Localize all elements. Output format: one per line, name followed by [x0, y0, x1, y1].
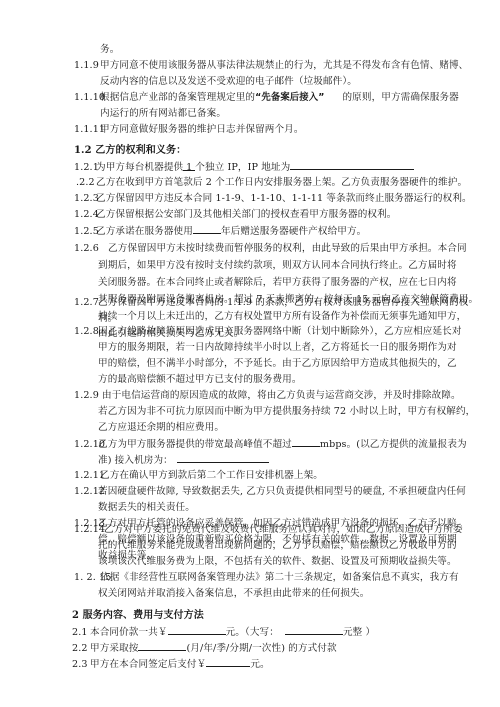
clause-text: 内运行的所有网站都已备案。 [100, 108, 226, 119]
clause-2-3: 2.3甲方在本合同签定后支付￥元。 [72, 657, 270, 671]
emphasized-term: “先备案后接入” [255, 92, 324, 103]
payment-method-blank [138, 641, 186, 651]
clause-1-2-9: 1.2.9由于电信运营商的原因造成的故障，将由乙方负责与运营商交涉，并及时排除故… [74, 389, 461, 402]
clause-1-2-10-line2: 准) 接入机房为： [98, 453, 269, 467]
clause-1-1-9-line2: 反动内容的信息以及发送不受欢迎的电子邮件（垃圾邮件）。 [100, 75, 357, 88]
clause-1-1-10: 1.1.10根据信息产业部的备案管理规定里的“先备案后接入”的原则，甲方需确保服… [74, 91, 459, 104]
clause-text: 乙方保留因甲方违反本合同 1-1-9、1-1-10、1-1-11 等条款而终止服… [96, 193, 472, 204]
clause-text: 的原则，甲方需确保服务器 [342, 92, 458, 103]
clause-text: 乙方在确认甲方到款后第二个工作日安排机器上架。 [100, 470, 323, 481]
clause-text: 关闭服务器。在本合同终止或者解除后，若甲方获得了服务器的产权，应在七日内将 [98, 276, 457, 289]
clause-text: 甲方同意不使用该服务器从事法律法规禁止的行为，尤其是不得发布含有色情、赌博、 [100, 60, 468, 71]
clause-number: 1.2.5 [74, 225, 96, 238]
clause-1-2-1: 1.2.1为甲方每台机器提供1个独立 IP，IP 地址为 [74, 160, 414, 174]
clause-text: (月/年/季/分期/一次性) 的方式付款 [186, 643, 336, 654]
clause-text: 若因硬盘硬件故障, 导致数据丢失, 乙方只负责提供相同型号的硬盘, 不承担硬盘内… [98, 486, 466, 497]
clause-text: 乙方保留根据公安部门及其他相关部门的授权查看甲方服务器的权利。 [96, 209, 397, 220]
clause-text: 乙方为甲方服务器提供的带宽最高峰值不超过 [98, 439, 292, 450]
clause-text: 根据信息产业部的备案管理规定里的 [100, 92, 255, 103]
clause-number: 1.2.7 [74, 296, 98, 309]
clause-number: 2.3 [72, 658, 90, 671]
clause-text: 乙方应退还余期的相应费用。 [98, 421, 224, 434]
clause-number: 1.2.14 [74, 523, 104, 536]
clause-text: 乙方在收到甲方首笔款后 2 个工作日内安排服务器上架。乙方负责服务器硬件的维护。 [96, 177, 467, 188]
clause-number: 1.1.11 [74, 123, 100, 136]
clause-text: 甲方在本合同签定后支付￥ [90, 659, 206, 670]
clause-1-1-9: 1.1.9甲方同意不使用该服务器从事法律法规禁止的行为，尤其是不得发布含有色情、… [74, 59, 468, 72]
clause-number: 1.1.9 [74, 59, 100, 72]
total-price-uppercase-blank [285, 625, 343, 635]
clause-text: 甲的赔偿，但不满半小时部分，不予延长。由于乙方原因给甲方造成其他损失的，乙 [98, 357, 457, 370]
bandwidth-blank [292, 437, 320, 447]
clause-1-2-11: 1.2.11乙方在确认甲方到款后第二个工作日安排机器上架。 [74, 469, 323, 482]
total-price-blank [168, 625, 226, 635]
section-heading-2: 2 服务内容、费用与支付方法 [72, 609, 204, 622]
clause-text: 托的代维服务未能完成或者出现新问题的，乙方予以赔偿，赔偿额以乙方收取甲方的 [98, 539, 457, 552]
clause-number: 1.2.3 [74, 192, 96, 205]
clause-1-2-10: 1.2.10乙方为甲方服务器提供的带宽最高峰值不超过mbps。(以乙方提供的流量… [74, 437, 467, 451]
clause-number: 1. 2. 15 [74, 571, 100, 584]
years-blank [193, 224, 221, 234]
clause-text: 权关闭网站并取消接入备案信息，不承担由此带来的任何损失。 [98, 587, 369, 600]
clause-1-2-2: .2.2乙方在收到甲方首笔款后 2 个工作日内安排服务器上架。乙方负责服务器硬件… [76, 176, 467, 189]
clause-text: 乙方对甲方委托的免费代维及收费代维服务应认真对待，如因乙方原因造成甲方所委 [104, 524, 463, 535]
clause-text: 乙方保留因甲方违反本合同的 1.1.9 的条款，乙方有权对该服务器暂停接入互联网… [98, 297, 469, 308]
clause-text: 依据《非经营性互联网备案管理办法》第二十三条规定，如备案信息不真实，我方有 [100, 572, 459, 583]
clause-text: 本合同价款一共￥ [90, 627, 168, 638]
clause-text: 为甲方每台机器提供 [96, 162, 183, 173]
clause-number: 1.2.8 [74, 325, 98, 338]
clause-1-2-6: 1.2.6乙方保留因甲方未按时续费而暂停服务的权利，由此导致的后果由甲方承担。本… [74, 242, 467, 255]
clause-number: 1.2.11 [74, 469, 100, 482]
clause-text: 利。 [98, 312, 117, 325]
clause-text: 乙方承诺在服务器使用 [96, 226, 193, 237]
clause-number: 1.2.9 [74, 389, 102, 402]
clause-text: 数据丢失的相关责任。 [98, 501, 195, 514]
clause-2-2: 2.2甲方采取按(月/年/季/分期/一次性) 的方式付款 [72, 641, 337, 655]
text: 务。 [100, 44, 119, 55]
section-heading-1-2: 1.2 乙方的权利和义务： [74, 144, 186, 157]
clause-number: 1.2.10 [74, 438, 98, 451]
datacenter-blank [177, 453, 269, 463]
clause-number: 2.1 [72, 626, 90, 639]
clause-text: 持续一个月以上未迁出的，乙方有权处置甲方所有设备作为补偿而无须事先通知甲方， [98, 310, 466, 323]
clause-1-2-12: 1.2.12若因硬盘硬件故障, 导致数据丢失, 乙方只负责提供相同型号的硬盘, … [74, 485, 466, 498]
ip-count-blank: 1 [183, 161, 195, 171]
document-page: 务。 1.1.9甲方同意不使用该服务器从事法律法规禁止的行为，尤其是不得发布含有… [0, 0, 500, 707]
clause-1-1-10-line2: 内运行的所有网站都已备案。 [100, 107, 226, 120]
clause-1-2-7: 1.2.7乙方保留因甲方违反本合同的 1.1.9 的条款，乙方有权对该服务器暂停… [74, 296, 469, 309]
clause-1-1-11: 1.1.11甲方同意做好服务器的维护日志并保留两个月。 [74, 123, 304, 136]
clause-text: 乙方保留因甲方未按时续费而暂停服务的权利，由此导致的后果由甲方承担。本合同 [108, 243, 467, 254]
clause-text: 元整 ） [343, 627, 375, 638]
clause-1-2-5: 1.2.5乙方承诺在服务器使用年后赠送服务器硬件产权给甲方。 [74, 224, 366, 238]
clause-number: 2.2 [72, 642, 90, 655]
clause-1-2-15: 1. 2. 15依据《非经营性互联网备案管理办法》第二十三条规定，如备案信息不真… [74, 571, 459, 584]
down-payment-blank [206, 657, 250, 667]
clause-text: 甲方同意做好服务器的维护日志并保留两个月。 [100, 124, 304, 135]
clause-2-1: 2.1本合同价款一共￥元。（大写：元整 ） [72, 625, 375, 639]
clause-text: 方的最高赔偿额不超过甲方已支付的服务费用。 [98, 373, 302, 386]
ip-address-blank [290, 160, 414, 170]
clause-text: 甲方的服务期限，若一日内故障持续半小时以上者，乙方将延长一日的服务期作为对 [98, 341, 457, 354]
paragraph-continuation: 务。 [100, 43, 119, 56]
clause-text: 到期后，如果甲方没有按时支付续约款项，则双方认同本合同执行终止。乙方届时将 [98, 259, 457, 272]
clause-text: 元。（大写： [226, 627, 279, 638]
clause-text: 该项该次代维服务费为上限，不包括有关的软件、数据、设置及可预期收益损失等。 [98, 555, 457, 568]
clause-text: mbps。(以乙方提供的流量报表为 [320, 439, 467, 450]
clause-text: 由于电信运营商的原因造成的故障，将由乙方负责与运营商交涉，并及时排除故障。 [102, 390, 461, 401]
clause-number: .2.2 [76, 176, 96, 189]
clause-text: 年后赠送服务器硬件产权给甲方。 [221, 226, 366, 237]
clause-text: 准) 接入机房为： [98, 455, 173, 466]
clause-number: 1.2.6 [74, 242, 108, 255]
clause-number: 1.1.10 [74, 91, 100, 104]
clause-1-2-4: 1.2.4乙方保留根据公安部门及其他相关部门的授权查看甲方服务器的权利。 [74, 208, 397, 221]
clause-text: 元。 [250, 659, 269, 670]
clause-text: 甲方采取按 [90, 643, 138, 654]
clause-1-2-8: 1.2.8因乙方线路故障等原因造成甲方服务器网络中断（计划中断除外），乙方应相应… [74, 325, 462, 338]
clause-text: 因乙方线路故障等原因造成甲方服务器网络中断（计划中断除外），乙方应相应延长对 [98, 326, 462, 337]
clause-text: 若乙方因为非不可抗力原因而中断为甲方提供服务持续 72 小时以上时，甲方有权解约… [98, 405, 475, 418]
clause-number: 1.2.1 [74, 161, 96, 174]
clause-text: 反动内容的信息以及发送不受欢迎的电子邮件（垃圾邮件）。 [100, 76, 357, 87]
clause-1-2-14: 1.2.14乙方对甲方委托的免费代维及收费代维服务应认真对待，如因乙方原因造成甲… [74, 523, 463, 536]
clause-text: 个独立 IP，IP 地址为 [195, 162, 290, 173]
clause-1-2-3: 1.2.3乙方保留因甲方违反本合同 1-1-9、1-1-10、1-1-11 等条… [74, 192, 472, 205]
clause-number: 1.2.4 [74, 208, 96, 221]
clause-number: 1.2.12 [74, 485, 98, 498]
